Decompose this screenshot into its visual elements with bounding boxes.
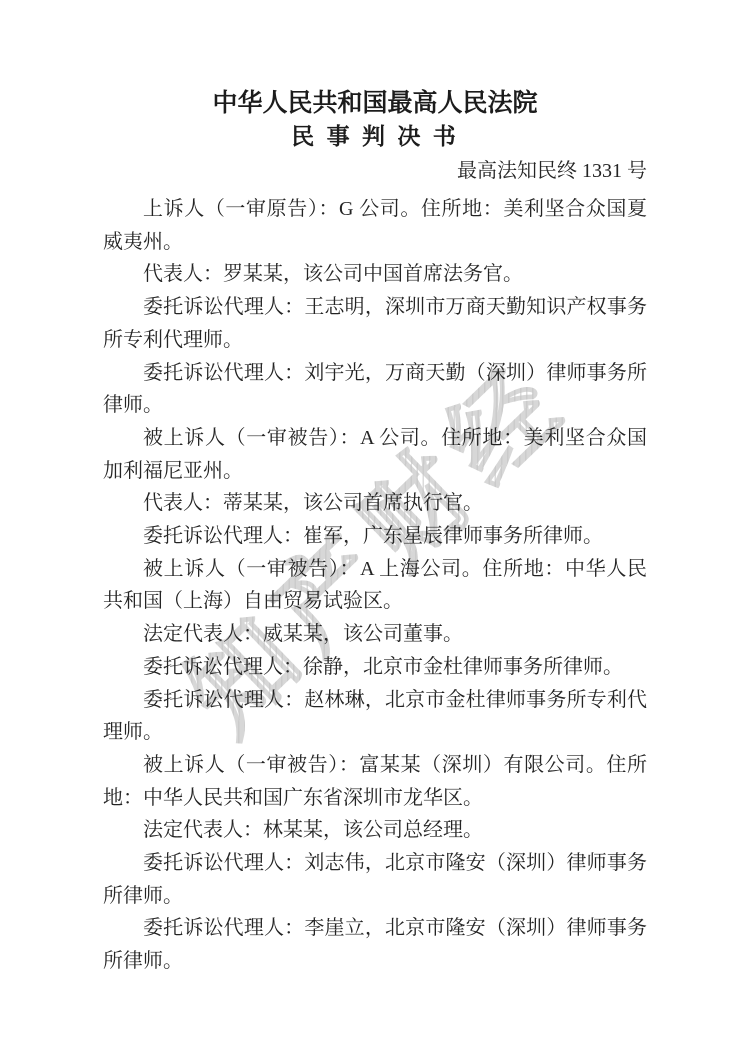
body-paragraph: 被上诉人（一审被告）：A 上海公司。住所地：中华人民共和国（上海）自由贸易试验区… [103,553,647,618]
case-number: 最高法知民终 1331 号 [103,158,647,184]
body-paragraph: 上诉人（一审原告）：G 公司。住所地：美利坚合众国夏威夷州。 [103,193,647,258]
body-paragraph: 委托诉讼代理人：刘志伟，北京市隆安（深圳）律师事务所律师。 [103,847,647,912]
court-name-title: 中华人民共和国最高人民法院 [103,88,647,118]
body-paragraph: 委托诉讼代理人：王志明，深圳市万商天勤知识产权事务所专利代理师。 [103,291,647,356]
document-type-title: 民 事 判 决 书 [103,121,647,151]
body-paragraph: 被上诉人（一审被告）：A 公司。住所地：美利坚合众国加利福尼亚州。 [103,422,647,487]
body-paragraph: 委托诉讼代理人：李崖立，北京市隆安（深圳）律师事务所律师。 [103,912,647,977]
body-paragraph: 委托诉讼代理人：赵林琳，北京市金杜律师事务所专利代理师。 [103,684,647,749]
judgment-document-page: 知产财经 中华人民共和国最高人民法院 民 事 判 决 书 最高法知民终 1331… [0,0,750,1061]
body-paragraph: 法定代表人：威某某，该公司董事。 [103,618,647,651]
body-paragraph: 委托诉讼代理人：崔军，广东星辰律师事务所律师。 [103,520,647,553]
body-paragraph: 委托诉讼代理人：徐静，北京市金杜律师事务所律师。 [103,651,647,684]
body-paragraph: 被上诉人（一审被告）：富某某（深圳）有限公司。住所地：中华人民共和国广东省深圳市… [103,749,647,814]
body-paragraph: 法定代表人：林某某，该公司总经理。 [103,814,647,847]
body-paragraph: 代表人：蒂某某，该公司首席执行官。 [103,487,647,520]
document-body: 上诉人（一审原告）：G 公司。住所地：美利坚合众国夏威夷州。 代表人：罗某某，该… [103,193,647,978]
body-paragraph: 代表人：罗某某，该公司中国首席法务官。 [103,258,647,291]
document-content: 中华人民共和国最高人民法院 民 事 判 决 书 最高法知民终 1331 号 上诉… [103,88,647,978]
body-paragraph: 委托诉讼代理人：刘宇光，万商天勤（深圳）律师事务所律师。 [103,357,647,422]
